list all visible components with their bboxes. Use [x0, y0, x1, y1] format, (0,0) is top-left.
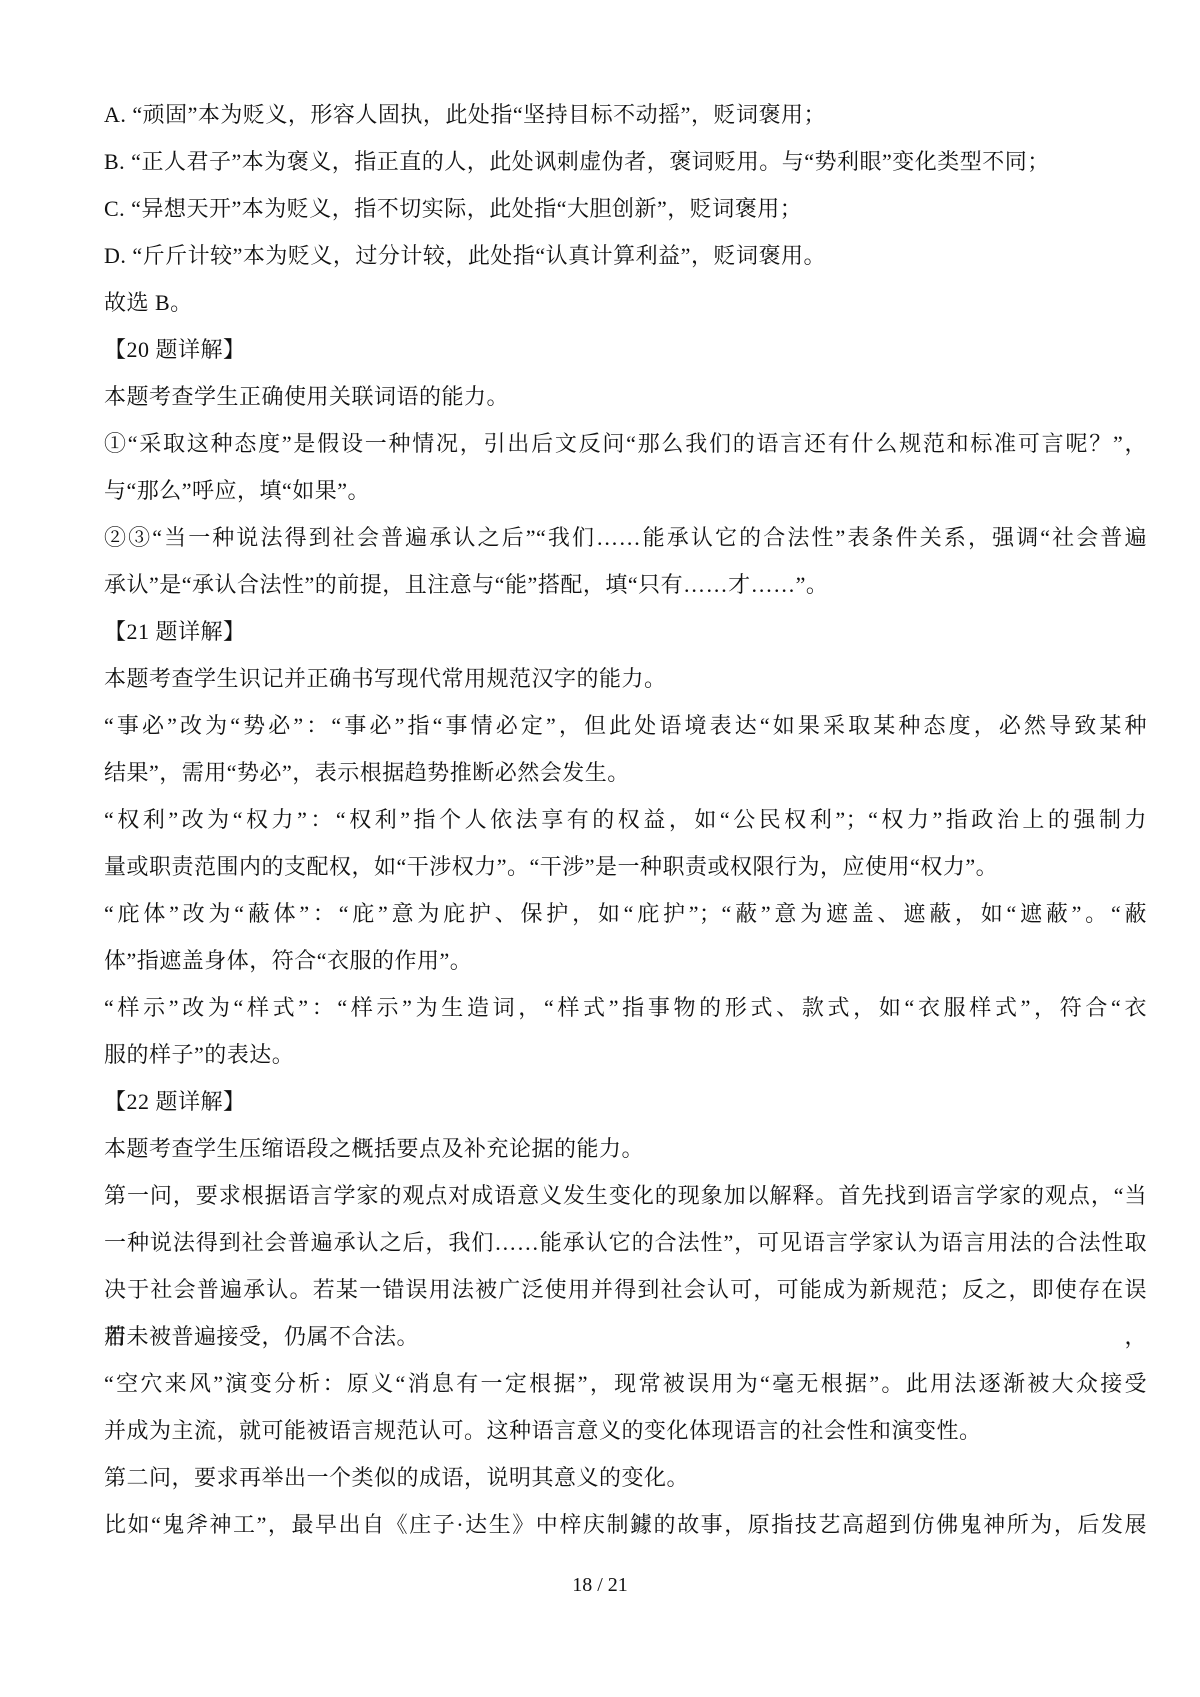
text-line: “庇体”改为“蔽体”：“庇”意为庇护、保护，如“庇护”；“蔽”意为遮盖、遮蔽，如… [104, 890, 1147, 937]
page-number: 18 / 21 [0, 1563, 1200, 1607]
text-line: “空穴来风”演变分析：原义“消息有一定根据”，现常被误用为“毫无根据”。此用法逐… [104, 1360, 1147, 1407]
text-line: 并成为主流，就可能被语言规范认可。这种语言意义的变化体现语言的社会性和演变性。 [104, 1407, 1147, 1454]
text-line: ①“采取这种态度”是假设一种情况，引出后文反问“那么我们的语言还有什么规范和标准… [104, 420, 1147, 467]
text-line: 第二问，要求再举出一个类似的成语，说明其意义的变化。 [104, 1454, 1147, 1501]
text-line: 本题考查学生压缩语段之概括要点及补充论据的能力。 [104, 1125, 1147, 1172]
text-line: ②③“当一种说法得到社会普遍承认之后”“我们……能承认它的合法性”表条件关系，强… [104, 514, 1147, 561]
text-line: 服的样子”的表达。 [104, 1031, 1147, 1078]
text-line: D. “斤斤计较”本为贬义，过分计较，此处指“认真计算利益”，贬词褒用。 [104, 232, 1147, 279]
text-line: 一种说法得到社会普遍承认之后，我们……能承认它的合法性”，可见语言学家认为语言用… [104, 1219, 1147, 1266]
text-line: 决于社会普遍承认。若某一错误用法被广泛使用并得到社会认可，可能成为新规范；反之，… [104, 1266, 1147, 1313]
text-line: 比如“鬼斧神工”，最早出自《庄子·达生》中梓庆制鐻的故事，原指技艺高超到仿佛鬼神… [104, 1501, 1147, 1548]
document-body: A. “顽固”本为贬义，形容人固执，此处指“坚持目标不动摇”，贬词褒用；B. “… [104, 91, 1147, 1548]
text-line: A. “顽固”本为贬义，形容人固执，此处指“坚持目标不动摇”，贬词褒用； [104, 91, 1147, 138]
text-line: 与“那么”呼应，填“如果”。 [104, 467, 1147, 514]
text-line: B. “正人君子”本为褒义，指正直的人，此处讽刺虚伪者，褒词贬用。与“势利眼”变… [104, 138, 1147, 185]
text-line: 体”指遮盖身体，符合“衣服的作用”。 [104, 937, 1147, 984]
text-line: 第一问，要求根据语言学家的观点对成语意义发生变化的现象加以解释。首先找到语言学家… [104, 1172, 1147, 1219]
text-line: 承认”是“承认合法性”的前提，且注意与“能”搭配，填“只有……才……”。 [104, 561, 1147, 608]
text-line: 结果”，需用“势必”，表示根据趋势推断必然会发生。 [104, 749, 1147, 796]
text-line: 本题考查学生识记并正确书写现代常用规范汉字的能力。 [104, 655, 1147, 702]
text-line: “权利”改为“权力”：“权利”指个人依法享有的权益，如“公民权利”；“权力”指政… [104, 796, 1147, 843]
text-line: “样示”改为“样式”：“样示”为生造词，“样式”指事物的形式、款式，如“衣服样式… [104, 984, 1147, 1031]
text-line: C. “异想天开”本为贬义，指不切实际，此处指“大胆创新”，贬词褒用； [104, 185, 1147, 232]
text-line: 【22 题详解】 [104, 1078, 1147, 1125]
text-line: 量或职责范围内的支配权，如“干涉权力”。“干涉”是一种职责或权限行为，应使用“权… [104, 843, 1147, 890]
text-line: 【21 题详解】 [104, 608, 1147, 655]
text-line: 故选 B。 [104, 279, 1147, 326]
text-line: 本题考查学生正确使用关联词语的能力。 [104, 373, 1147, 420]
document-page: A. “顽固”本为贬义，形容人固执，此处指“坚持目标不动摇”，贬词褒用；B. “… [0, 0, 1200, 1697]
text-line: “事必”改为“势必”：“事必”指“事情必定”，但此处语境表达“如果采取某种态度，… [104, 702, 1147, 749]
text-line: 【20 题详解】 [104, 326, 1147, 373]
